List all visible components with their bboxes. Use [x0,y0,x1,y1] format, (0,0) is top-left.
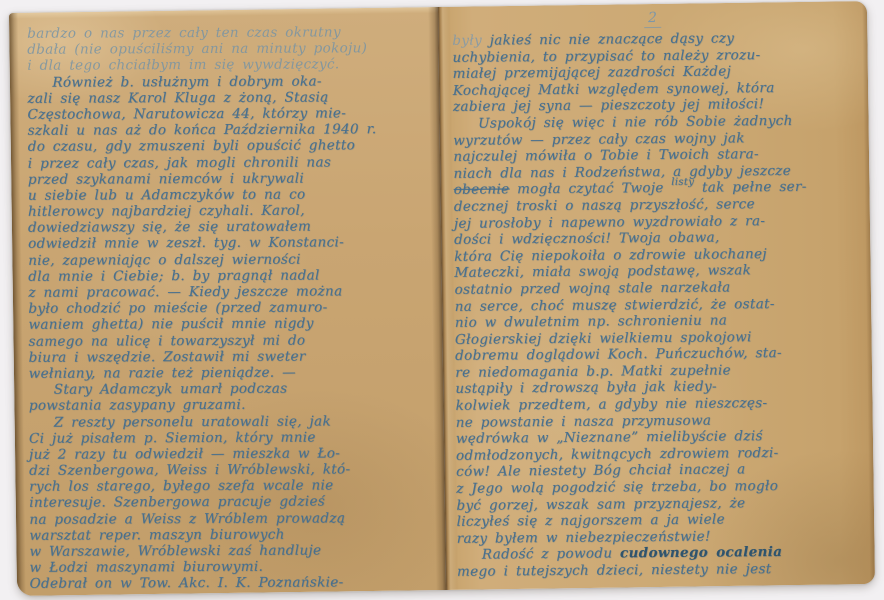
handwriting-fragment: mogła czytać Twoje [509,180,671,197]
handwriting-line: było chodzić po mieście (przed zamuro- [28,299,437,317]
handwriting-line: mego i tutejszych dzieci, niestety nie j… [457,560,870,580]
handwriting-line: Częstochowa, Narutowicza 44, którzy mie- [28,105,437,123]
handwriting-fragment: jakieś nic nie znaczące dąsy czy [482,30,734,48]
handwriting-line: do czasu, gdy zmuszeni byli opuścić ghet… [28,137,437,155]
handwriting-line: waniem ghetta) nie puścił mnie nigdy [28,315,437,333]
handwriting-line: nie, zapewniając o dalszej wierności [28,251,437,269]
handwriting-line: samego na ulicę i towarzyszył mi do [28,332,437,350]
handwriting-line: biura i wszędzie. Zostawił mi sweter [29,348,438,366]
handwriting-fragment: listy [671,175,694,192]
handwriting-line: dzi Szenbergowa, Weiss i Wróblewski, któ… [29,461,438,479]
handwriting-line: Stary Adamczyk umarł podczas [29,380,438,398]
handwriting-line: w Warszawie, Wróblewski zaś handluje [29,542,438,560]
handwriting-line: hitlerowcy najbardziej czyhali. Karol, [28,202,437,220]
handwriting-line: dowiedziawszy się, że się uratowałem [28,218,437,236]
handwriting-line: Ci już pisałem p. Siemion, który mnie [29,429,438,447]
handwriting-line: u siebie lub u Adamczyków to na co [28,186,437,204]
handwriting-line: i przez cały czas, jak mogli chronili na… [28,153,437,171]
handwriting-line: interesuje. Szenbergowa pracuje gdzieś [29,493,438,511]
handwriting-fragment: cudownego ocalenia [620,544,782,561]
handwriting-line: warsztat reper. maszyn biurowych [29,526,438,544]
handwriting-line: w Łodzi maszynami biurowymi. [29,558,438,576]
handwriting-line: szkali u nas aż do końca Października 19… [28,121,437,139]
handwriting-fragment: tak pełne ser- [694,179,807,196]
handwriting-line: już 2 razy tu odwiedził — mieszka w Ło- [29,445,438,463]
handwriting-line: na posadzie a Weiss z Wróblem prowadzą [29,510,438,528]
letter-page-right: 2 były jakieś nic nie znaczące dąsy czyu… [438,1,875,590]
handwriting-line: bardzo o nas przez cały ten czas okrutny [27,24,436,42]
handwriting-line: i dla tego chciałbym im się wywdzięczyć. [27,56,436,74]
letter-scan: bardzo o nas przez cały ten czas okrutny… [9,1,875,596]
handwriting-block-right: były jakieś nic nie znaczące dąsy czyuch… [452,29,870,590]
handwriting-fragment: były [452,33,482,49]
handwriting-line: wełniany, na razie też pieniądze. — [29,364,438,382]
handwriting-line: zali się nasz Karol Kluga z żoną, Stasią [27,89,436,107]
handwriting-line: Odebrał on w Tow. Akc. I. K. Poznańskie- [30,574,439,592]
handwriting-line: dbała (nie opuściliśmy ani na minuty pok… [27,40,436,58]
letter-page-left: bardzo o nas przez cały ten czas okrutny… [9,7,446,596]
handwriting-block-left: bardzo o nas przez cały ten czas okrutny… [27,24,438,596]
page-number: 2 [644,10,661,28]
handwriting-line: z nami pracować. — Kiedy jeszcze można [28,283,437,301]
handwriting-line: Z reszty personelu uratowali się, jak [29,412,438,430]
handwriting-line: przed szykanami niemców i ukrywali [28,170,437,188]
handwriting-line: obecnie mogła czytać Twoje listy tak peł… [454,179,867,199]
handwriting-fragment: Radość z powodu [482,546,620,563]
handwriting-line: powstania zasypany gruzami. [29,396,438,414]
handwriting-fragment: obecnie [454,182,510,198]
handwriting-line: Również b. usłużnym i dobrym oka- [27,73,436,91]
handwriting-line: odwiedził mnie w zeszł. tyg. w Konstanci… [28,234,437,252]
handwriting-line: rych los starego, byłego szefa wcale nie [29,477,438,495]
handwriting-line: dla mnie i Ciebie; b. by pragnął nadal [28,267,437,285]
